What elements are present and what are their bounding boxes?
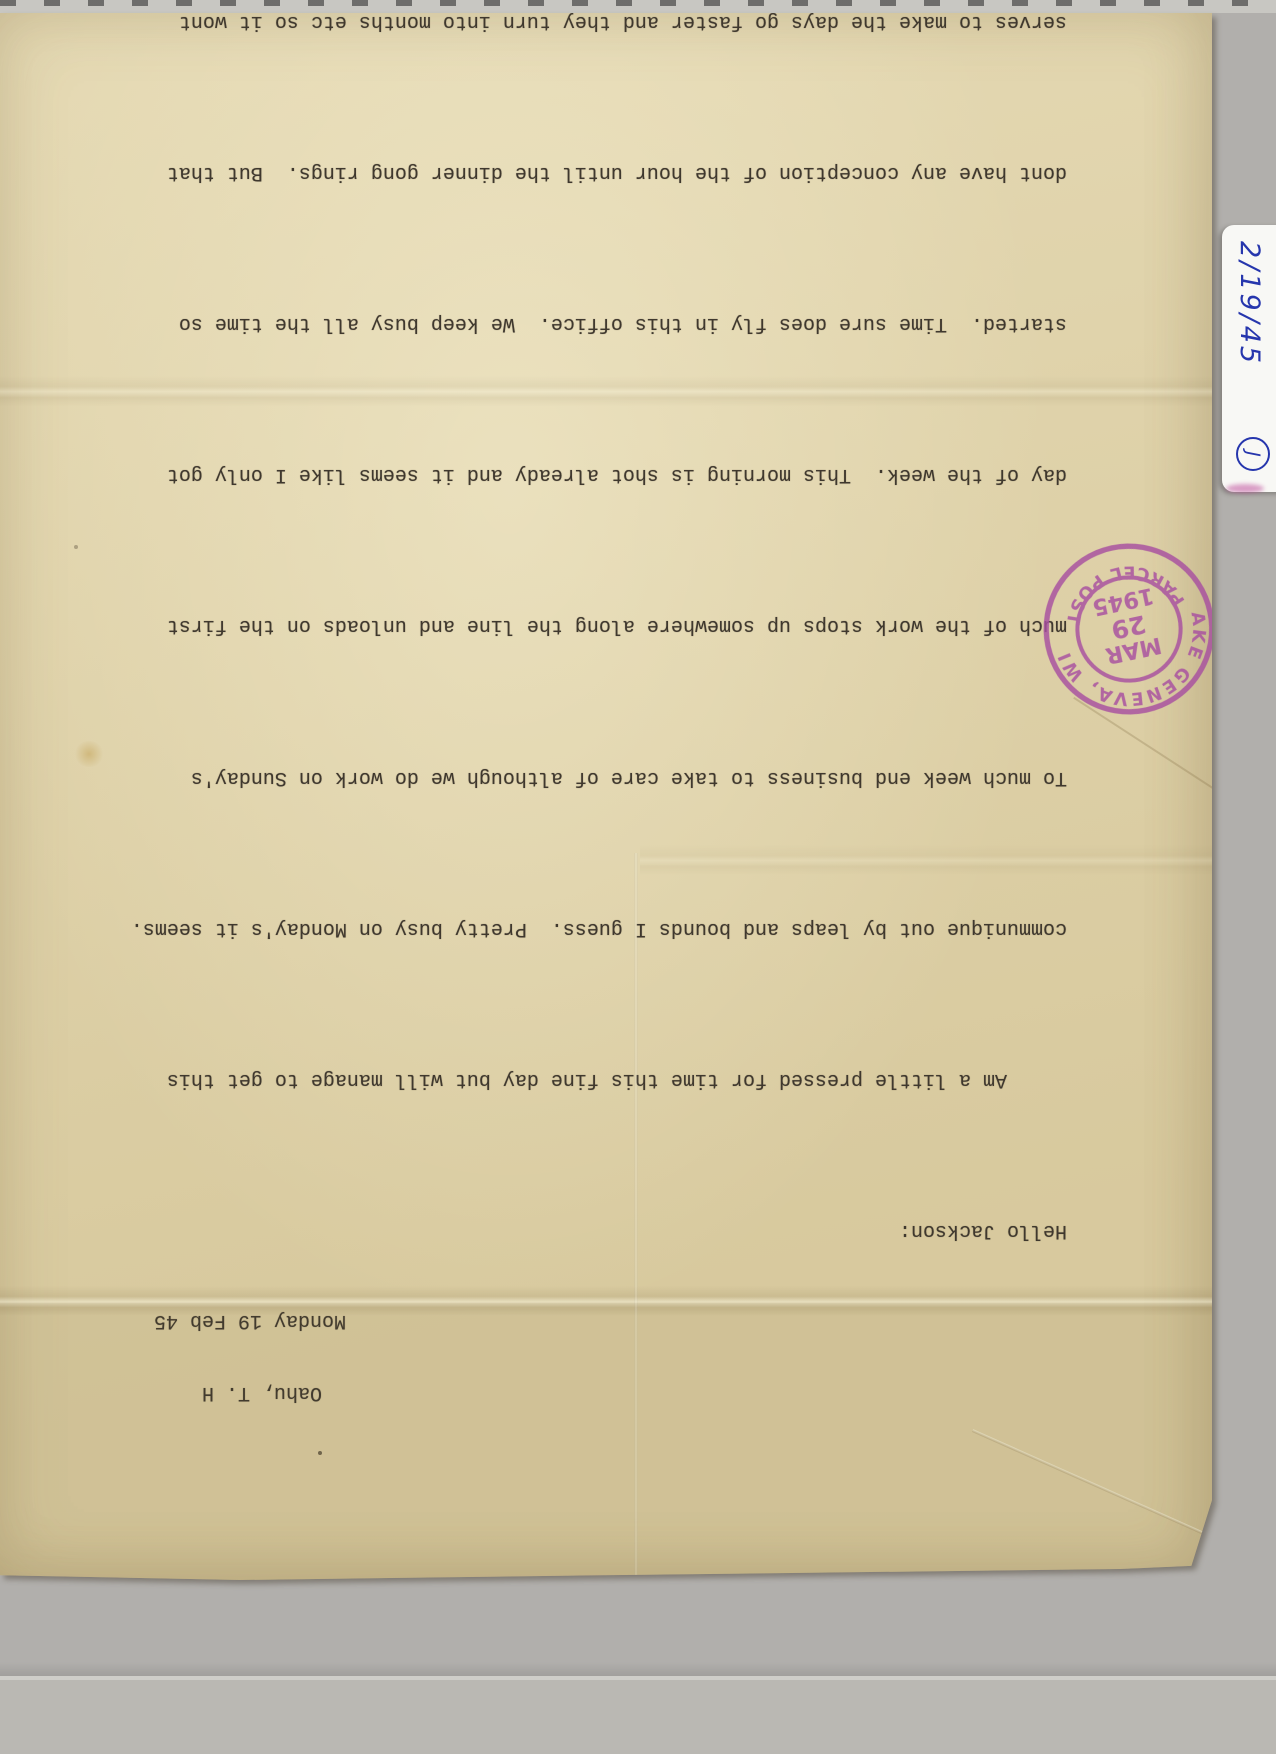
heading-location-line: Oahu, T. H [154, 1380, 346, 1404]
scanner-seam-shadow [0, 1662, 1276, 1676]
scanned-letter-image: Oahu, T. H Monday 19 Feb 45 Hello Jackso… [0, 0, 1276, 1754]
paper-speck [318, 1451, 322, 1455]
label-circled-mark: J [1236, 437, 1270, 471]
letter-content-rotated: Oahu, T. H Monday 19 Feb 45 Hello Jackso… [0, 13, 1212, 1580]
scanner-bed-lower [0, 1680, 1276, 1754]
letter-paper-wrap: Oahu, T. H Monday 19 Feb 45 Hello Jackso… [0, 13, 1212, 1580]
letter-line: started. Time sure does fly in this offi… [131, 298, 1067, 348]
scanner-edge-strip [0, 0, 1276, 13]
letter-line: day of the week. This morning is shot al… [131, 449, 1067, 499]
letter-line: dont have any conception of the hour unt… [131, 146, 1067, 196]
letter-line: To much week end business to take care o… [131, 751, 1067, 801]
scanner-seam [0, 1676, 1276, 1680]
letter-body: Hello Jackson: Am a little pressed for t… [131, 0, 1067, 1356]
letter-paper: Oahu, T. H Monday 19 Feb 45 Hello Jackso… [0, 13, 1212, 1580]
scanner-edge-dashes [0, 0, 1276, 6]
postmark-stamp: LAKE GENEVA, WIS. PARCEL POST MAR 29 194… [1023, 523, 1234, 734]
paper-speck [74, 545, 78, 549]
ink-smudge [1226, 484, 1264, 493]
label-handwritten-date: 2/19/45 [1234, 241, 1265, 366]
archive-label: 2/19/45 J [1222, 225, 1276, 492]
paper-stain [74, 741, 104, 767]
letter-line: communique out by leaps and bounds I gue… [131, 902, 1067, 952]
letter-line: Am a little pressed for time this fine d… [131, 1054, 1067, 1104]
letter-salutation: Hello Jackson: [131, 1205, 1067, 1255]
letter-line: much of the work stops up somewhere alon… [131, 600, 1067, 650]
